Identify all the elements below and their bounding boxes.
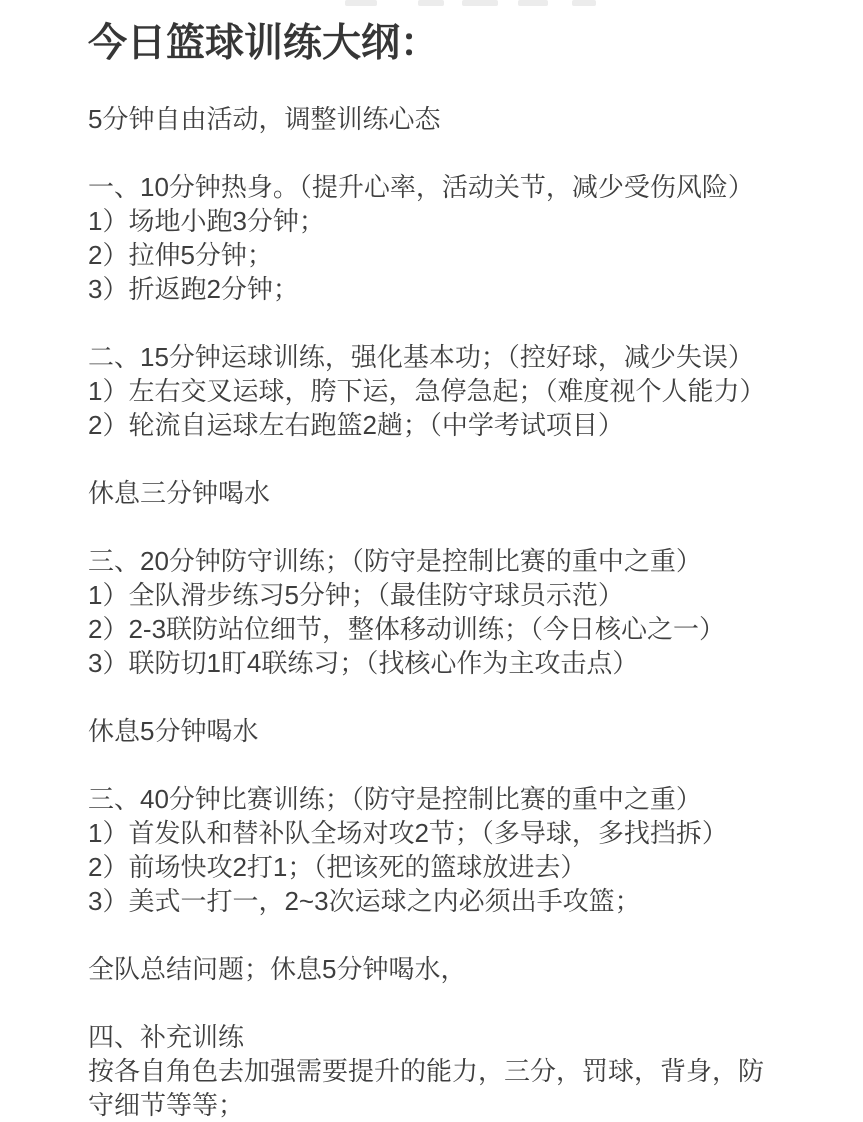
text-line: 休息三分钟喝水 xyxy=(88,476,823,510)
paragraph: 三、20分钟防守训练；（防守是控制比赛的重中之重）1）全队滑步练习5分钟；（最佳… xyxy=(88,544,823,680)
text-line: 一、10分钟热身。（提升心率，活动关节，减少受伤风险） xyxy=(88,170,823,204)
text-line: 1）左右交叉运球，胯下运，急停急起；（难度视个人能力） xyxy=(88,374,823,408)
paragraph: 四、补充训练按各自角色去加强需要提升的能力，三分，罚球，背身，防守细节等等； xyxy=(88,1020,823,1122)
text-line: 三、40分钟比赛训练；（防守是控制比赛的重中之重） xyxy=(88,782,823,816)
paragraph: 休息5分钟喝水 xyxy=(88,714,823,748)
text-line: 休息5分钟喝水 xyxy=(88,714,823,748)
text-line: 全队总结问题；休息5分钟喝水， xyxy=(88,952,823,986)
text-line: 3）美式一打一，2~3次运球之内必须出手攻篮； xyxy=(88,884,823,918)
text-line: 三、20分钟防守训练；（防守是控制比赛的重中之重） xyxy=(88,544,823,578)
text-line: 2）前场快攻2打1；（把该死的篮球放进去） xyxy=(88,850,823,884)
paragraph: 三、40分钟比赛训练；（防守是控制比赛的重中之重）1）首发队和替补队全场对攻2节… xyxy=(88,782,823,918)
text-line: 5分钟自由活动，调整训练心态 xyxy=(88,102,823,136)
clipped-text-fragment xyxy=(572,0,596,6)
text-line: 四、补充训练 xyxy=(88,1020,823,1054)
text-line: 2）轮流自运球左右跑篮2趟；（中学考试项目） xyxy=(88,408,823,442)
clipped-text-fragments xyxy=(0,0,863,10)
text-line: 1）全队滑步练习5分钟；（最佳防守球员示范） xyxy=(88,578,823,612)
page-title: 今日篮球训练大纲： xyxy=(88,24,823,64)
paragraph: 休息三分钟喝水 xyxy=(88,476,823,510)
document-body: 5分钟自由活动，调整训练心态一、10分钟热身。（提升心率，活动关节，减少受伤风险… xyxy=(88,102,823,1122)
text-line: 3）联防切1盯4联练习；（找核心作为主攻击点） xyxy=(88,646,823,680)
clipped-text-fragment xyxy=(418,0,444,6)
text-line: 2）2-3联防站位细节，整体移动训练；（今日核心之一） xyxy=(88,612,823,646)
clipped-text-fragment xyxy=(518,0,548,6)
text-line: 3）折返跑2分钟； xyxy=(88,272,823,306)
text-line: 守细节等等； xyxy=(88,1088,823,1122)
text-line: 二、15分钟运球训练，强化基本功；（控好球，减少失误） xyxy=(88,340,823,374)
text-line: 按各自角色去加强需要提升的能力，三分，罚球，背身，防 xyxy=(88,1054,823,1088)
clipped-text-fragment xyxy=(345,0,377,6)
paragraph: 5分钟自由活动，调整训练心态 xyxy=(88,102,823,136)
text-line: 2）拉伸5分钟； xyxy=(88,238,823,272)
paragraph: 一、10分钟热身。（提升心率，活动关节，减少受伤风险）1）场地小跑3分钟；2）拉… xyxy=(88,170,823,306)
clipped-text-fragment xyxy=(462,0,498,6)
document: 今日篮球训练大纲： 5分钟自由活动，调整训练心态一、10分钟热身。（提升心率，活… xyxy=(0,24,863,1122)
text-line: 1）场地小跑3分钟； xyxy=(88,204,823,238)
paragraph: 全队总结问题；休息5分钟喝水， xyxy=(88,952,823,986)
paragraph: 二、15分钟运球训练，强化基本功；（控好球，减少失误）1）左右交叉运球，胯下运，… xyxy=(88,340,823,442)
text-line: 1）首发队和替补队全场对攻2节；（多导球，多找挡拆） xyxy=(88,816,823,850)
